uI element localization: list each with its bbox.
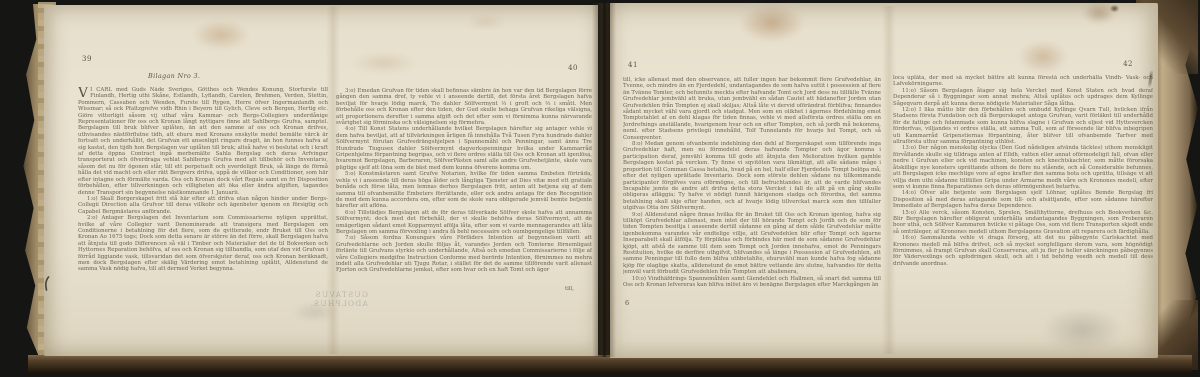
body-paragraph: VI CARL med Guds Nåde Sveriges, Götthes …	[78, 87, 328, 196]
gutter-shadow	[592, 3, 616, 357]
foxing-stain	[1018, 40, 1068, 74]
book-photo: 39 Bilagan Nro 3. VI CARL med Guds Nåde …	[0, 0, 1200, 377]
page-41-body: till, icke allenast med den observance, …	[623, 77, 881, 299]
body-paragraph: 4:o) Till Konst Statens underhållande hv…	[336, 126, 592, 171]
smudge	[292, 302, 338, 322]
foxing-stain	[466, 14, 506, 30]
page-40: 40 3:o) Emedan Grufvan för tiden skall b…	[336, 58, 592, 295]
body-paragraph: 5:o) Konstmästaren samt Grufve Notarien,…	[336, 171, 592, 209]
body-paragraph: 6:o) Tillstädjes Bergslagen att de för d…	[336, 210, 592, 236]
pen-mark	[43, 276, 51, 292]
drop-cap: V	[78, 87, 90, 99]
signature-mark: 6	[625, 299, 629, 307]
page-42: 42 loca uplåta, der med så mycket bättre…	[893, 56, 1153, 304]
body-paragraph: 8:o) Medan genom ofvanbemte indehlning d…	[623, 141, 881, 211]
body-paragraph: 9:o) Alldenstund någre finnas hvilka för…	[623, 212, 881, 276]
body-paragraph: 11:o) Såsom Bergslagen åtager sig hela V…	[893, 88, 1153, 107]
body-paragraph: 15:o) Alle verck, såsom Konsten, Sprelen…	[893, 210, 1153, 236]
page-42-body: loca uplåta, der med så mycket bättre at…	[893, 75, 1153, 301]
body-paragraph: 7:o) Såsom fordna Konungars våre Förfäde…	[336, 235, 592, 273]
page-number: 41	[628, 61, 638, 69]
body-paragraph: 14:o) Öfver alle betjente som Bergslagen…	[893, 190, 1153, 209]
catchword: till,	[565, 286, 574, 292]
page-39: 39 Bilagan Nro 3. VI CARL med Guds Nåde …	[78, 55, 328, 295]
foxing-stain	[192, 20, 250, 50]
body-paragraph: 12:o) I lika måtto blir den förbehållen …	[893, 107, 1153, 145]
body-paragraph: 1:o) Skall Borgerskapet fritt stå här ef…	[78, 196, 328, 215]
page-number: 42	[1123, 60, 1133, 68]
body-paragraph: till, icke allenast med den observance, …	[623, 77, 881, 141]
page-39-body: VI CARL med Guds Nåde Sveriges, Götthes …	[78, 87, 328, 289]
body-paragraph: 3:o) Emedan Grufvan för tiden skall befi…	[336, 88, 592, 126]
smudge	[1042, 308, 1122, 352]
foxing-stain	[740, 4, 804, 42]
body-paragraph: 2:o) Antager Bergslagen det Inventarium …	[78, 215, 328, 273]
body-paragraph: 16:o) Sammalunda vehle vi draga försorg,…	[893, 235, 1153, 267]
page-number: 40	[568, 64, 578, 72]
page-number: 39	[82, 55, 92, 63]
body-paragraph: 10:o) Vindhäfdrings Spannemåhlen samt Gi…	[623, 276, 881, 289]
appendix-heading: Bilagan Nro 3.	[148, 72, 200, 80]
foxing-stain	[352, 52, 416, 74]
body-paragraph: 13:o) Der någon menskelig olycka (Den Gu…	[893, 145, 1153, 190]
page-41: 41 till, icke allenast med den observanc…	[623, 58, 881, 308]
page-40-body: 3:o) Emedan Grufvan för tiden skall befi…	[336, 88, 592, 286]
body-paragraph: loca uplåta, der med så mycket bättre at…	[893, 75, 1153, 88]
ink-speck	[1110, 5, 1119, 12]
